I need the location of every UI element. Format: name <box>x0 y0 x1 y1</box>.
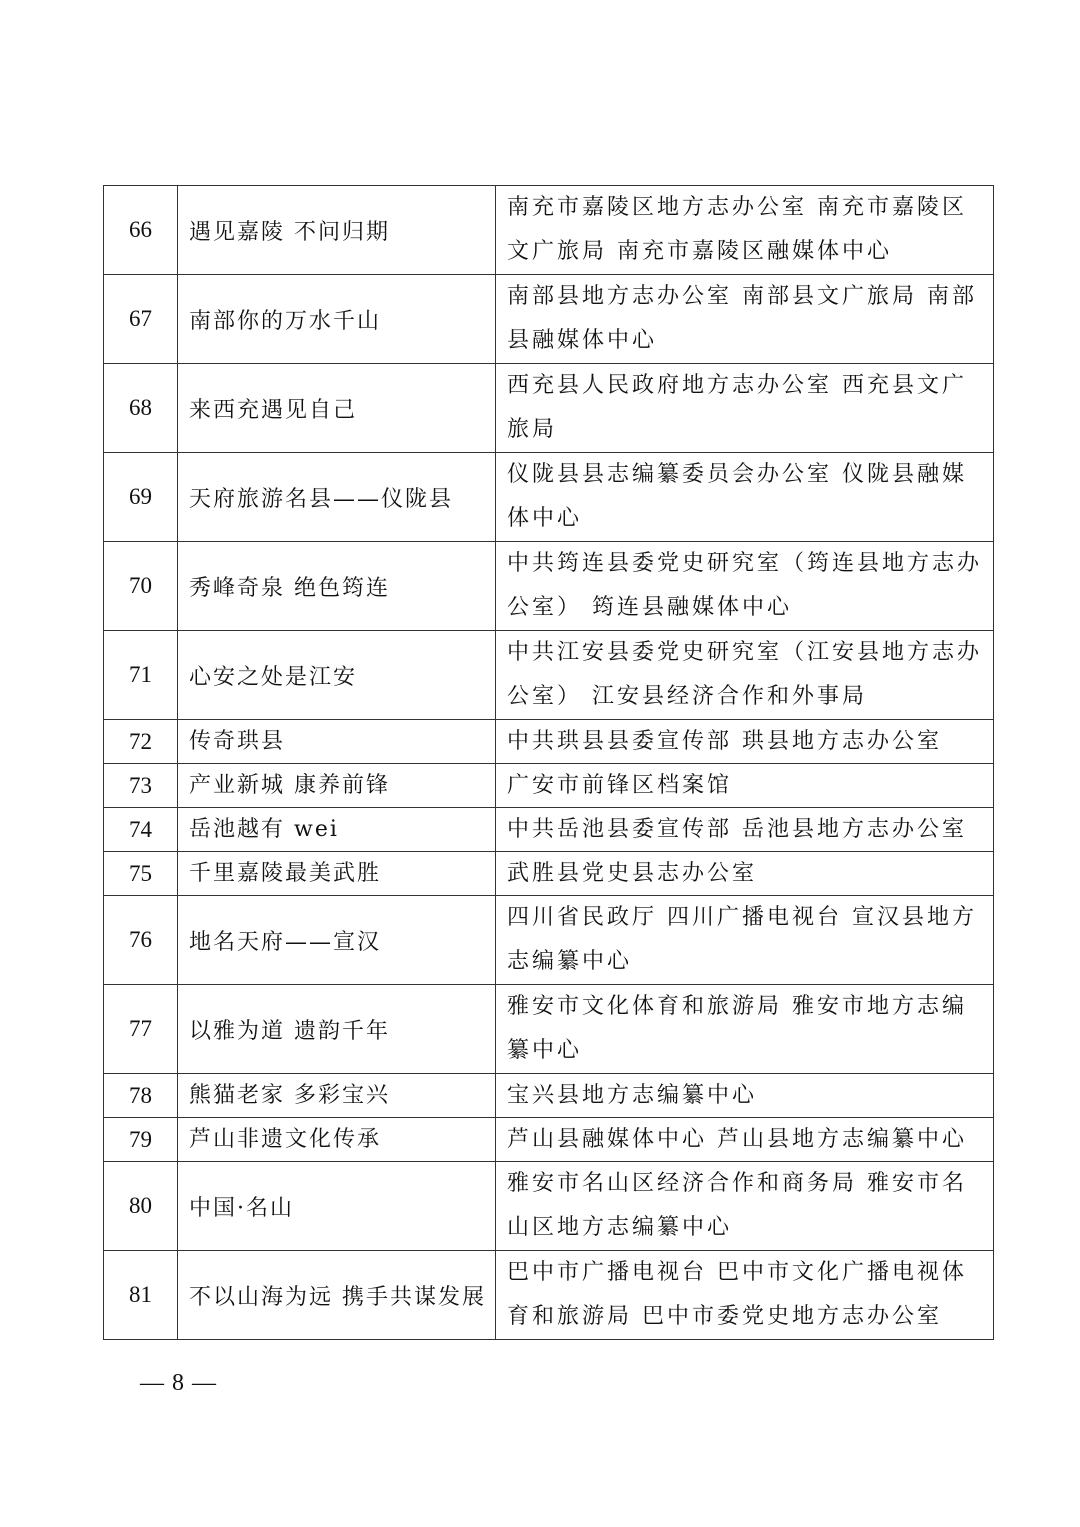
table-row: 76 地名天府——宣汉 四川省民政厅 四川广播电视台 宣汉县地方志编纂中心 <box>104 896 994 985</box>
entry-organizations: 中共筠连县委党史研究室（筠连县地方志办公室） 筠连县融媒体中心 <box>496 542 994 631</box>
row-number: 69 <box>104 453 178 542</box>
entry-organizations: 四川省民政厅 四川广播电视台 宣汉县地方志编纂中心 <box>496 896 994 985</box>
entry-organizations: 广安市前锋区档案馆 <box>496 764 994 808</box>
row-number: 74 <box>104 808 178 852</box>
row-number: 80 <box>104 1162 178 1251</box>
entry-title: 心安之处是江安 <box>178 631 496 720</box>
row-number: 78 <box>104 1074 178 1118</box>
table-row: 68 来西充遇见自己 西充县人民政府地方志办公室 西充县文广旅局 <box>104 364 994 453</box>
entry-title: 岳池越有 wei <box>178 808 496 852</box>
table-row: 77 以雅为道 遗韵千年 雅安市文化体育和旅游局 雅安市地方志编纂中心 <box>104 985 994 1074</box>
entry-organizations: 仪陇县县志编纂委员会办公室 仪陇县融媒体中心 <box>496 453 994 542</box>
row-number: 70 <box>104 542 178 631</box>
entry-organizations: 中共珙县县委宣传部 珙县地方志办公室 <box>496 720 994 764</box>
entry-title: 千里嘉陵最美武胜 <box>178 852 496 896</box>
row-number: 71 <box>104 631 178 720</box>
entry-title: 中国·名山 <box>178 1162 496 1251</box>
entries-table-body: 66 遇见嘉陵 不问归期 南充市嘉陵区地方志办公室 南充市嘉陵区文广旅局 南充市… <box>104 186 994 1340</box>
table-row: 66 遇见嘉陵 不问归期 南充市嘉陵区地方志办公室 南充市嘉陵区文广旅局 南充市… <box>104 186 994 275</box>
entry-title: 地名天府——宣汉 <box>178 896 496 985</box>
table-row: 72 传奇珙县 中共珙县县委宣传部 珙县地方志办公室 <box>104 720 994 764</box>
table-row: 79 芦山非遗文化传承 芦山县融媒体中心 芦山县地方志编纂中心 <box>104 1118 994 1162</box>
entry-title: 不以山海为远 携手共谋发展 <box>178 1251 496 1340</box>
entry-title: 产业新城 康养前锋 <box>178 764 496 808</box>
entry-organizations: 巴中市广播电视台 巴中市文化广播电视体育和旅游局 巴中市委党史地方志办公室 <box>496 1251 994 1340</box>
entry-title: 传奇珙县 <box>178 720 496 764</box>
row-number: 73 <box>104 764 178 808</box>
entry-organizations: 宝兴县地方志编纂中心 <box>496 1074 994 1118</box>
row-number: 81 <box>104 1251 178 1340</box>
entry-title: 来西充遇见自己 <box>178 364 496 453</box>
row-number: 67 <box>104 275 178 364</box>
row-number: 76 <box>104 896 178 985</box>
page-number: — 8 — <box>140 1370 217 1397</box>
table-row: 74 岳池越有 wei 中共岳池县委宣传部 岳池县地方志办公室 <box>104 808 994 852</box>
table-row: 81 不以山海为远 携手共谋发展 巴中市广播电视台 巴中市文化广播电视体育和旅游… <box>104 1251 994 1340</box>
entry-title: 南部你的万水千山 <box>178 275 496 364</box>
row-number: 75 <box>104 852 178 896</box>
row-number: 79 <box>104 1118 178 1162</box>
row-number: 77 <box>104 985 178 1074</box>
entry-organizations: 中共江安县委党史研究室（江安县地方志办公室） 江安县经济合作和外事局 <box>496 631 994 720</box>
table-row: 78 熊猫老家 多彩宝兴 宝兴县地方志编纂中心 <box>104 1074 994 1118</box>
row-number: 68 <box>104 364 178 453</box>
table-row: 67 南部你的万水千山 南部县地方志办公室 南部县文广旅局 南部县融媒体中心 <box>104 275 994 364</box>
entry-title: 秀峰奇泉 绝色筠连 <box>178 542 496 631</box>
row-number: 72 <box>104 720 178 764</box>
table-row: 69 天府旅游名县——仪陇县 仪陇县县志编纂委员会办公室 仪陇县融媒体中心 <box>104 453 994 542</box>
entry-title: 芦山非遗文化传承 <box>178 1118 496 1162</box>
document-page: 66 遇见嘉陵 不问归期 南充市嘉陵区地方志办公室 南充市嘉陵区文广旅局 南充市… <box>0 0 1080 1527</box>
table-row: 80 中国·名山 雅安市名山区经济合作和商务局 雅安市名山区地方志编纂中心 <box>104 1162 994 1251</box>
row-number: 66 <box>104 186 178 275</box>
entry-organizations: 中共岳池县委宣传部 岳池县地方志办公室 <box>496 808 994 852</box>
entry-organizations: 武胜县党史县志办公室 <box>496 852 994 896</box>
table-row: 71 心安之处是江安 中共江安县委党史研究室（江安县地方志办公室） 江安县经济合… <box>104 631 994 720</box>
entry-organizations: 雅安市文化体育和旅游局 雅安市地方志编纂中心 <box>496 985 994 1074</box>
entry-organizations: 南充市嘉陵区地方志办公室 南充市嘉陵区文广旅局 南充市嘉陵区融媒体中心 <box>496 186 994 275</box>
entry-organizations: 雅安市名山区经济合作和商务局 雅安市名山区地方志编纂中心 <box>496 1162 994 1251</box>
table-row: 70 秀峰奇泉 绝色筠连 中共筠连县委党史研究室（筠连县地方志办公室） 筠连县融… <box>104 542 994 631</box>
entry-organizations: 西充县人民政府地方志办公室 西充县文广旅局 <box>496 364 994 453</box>
entry-organizations: 南部县地方志办公室 南部县文广旅局 南部县融媒体中心 <box>496 275 994 364</box>
table-row: 75 千里嘉陵最美武胜 武胜县党史县志办公室 <box>104 852 994 896</box>
table-row: 73 产业新城 康养前锋 广安市前锋区档案馆 <box>104 764 994 808</box>
entry-title: 以雅为道 遗韵千年 <box>178 985 496 1074</box>
entry-title: 熊猫老家 多彩宝兴 <box>178 1074 496 1118</box>
entry-title: 遇见嘉陵 不问归期 <box>178 186 496 275</box>
entry-organizations: 芦山县融媒体中心 芦山县地方志编纂中心 <box>496 1118 994 1162</box>
entries-table: 66 遇见嘉陵 不问归期 南充市嘉陵区地方志办公室 南充市嘉陵区文广旅局 南充市… <box>103 185 994 1340</box>
entry-title: 天府旅游名县——仪陇县 <box>178 453 496 542</box>
